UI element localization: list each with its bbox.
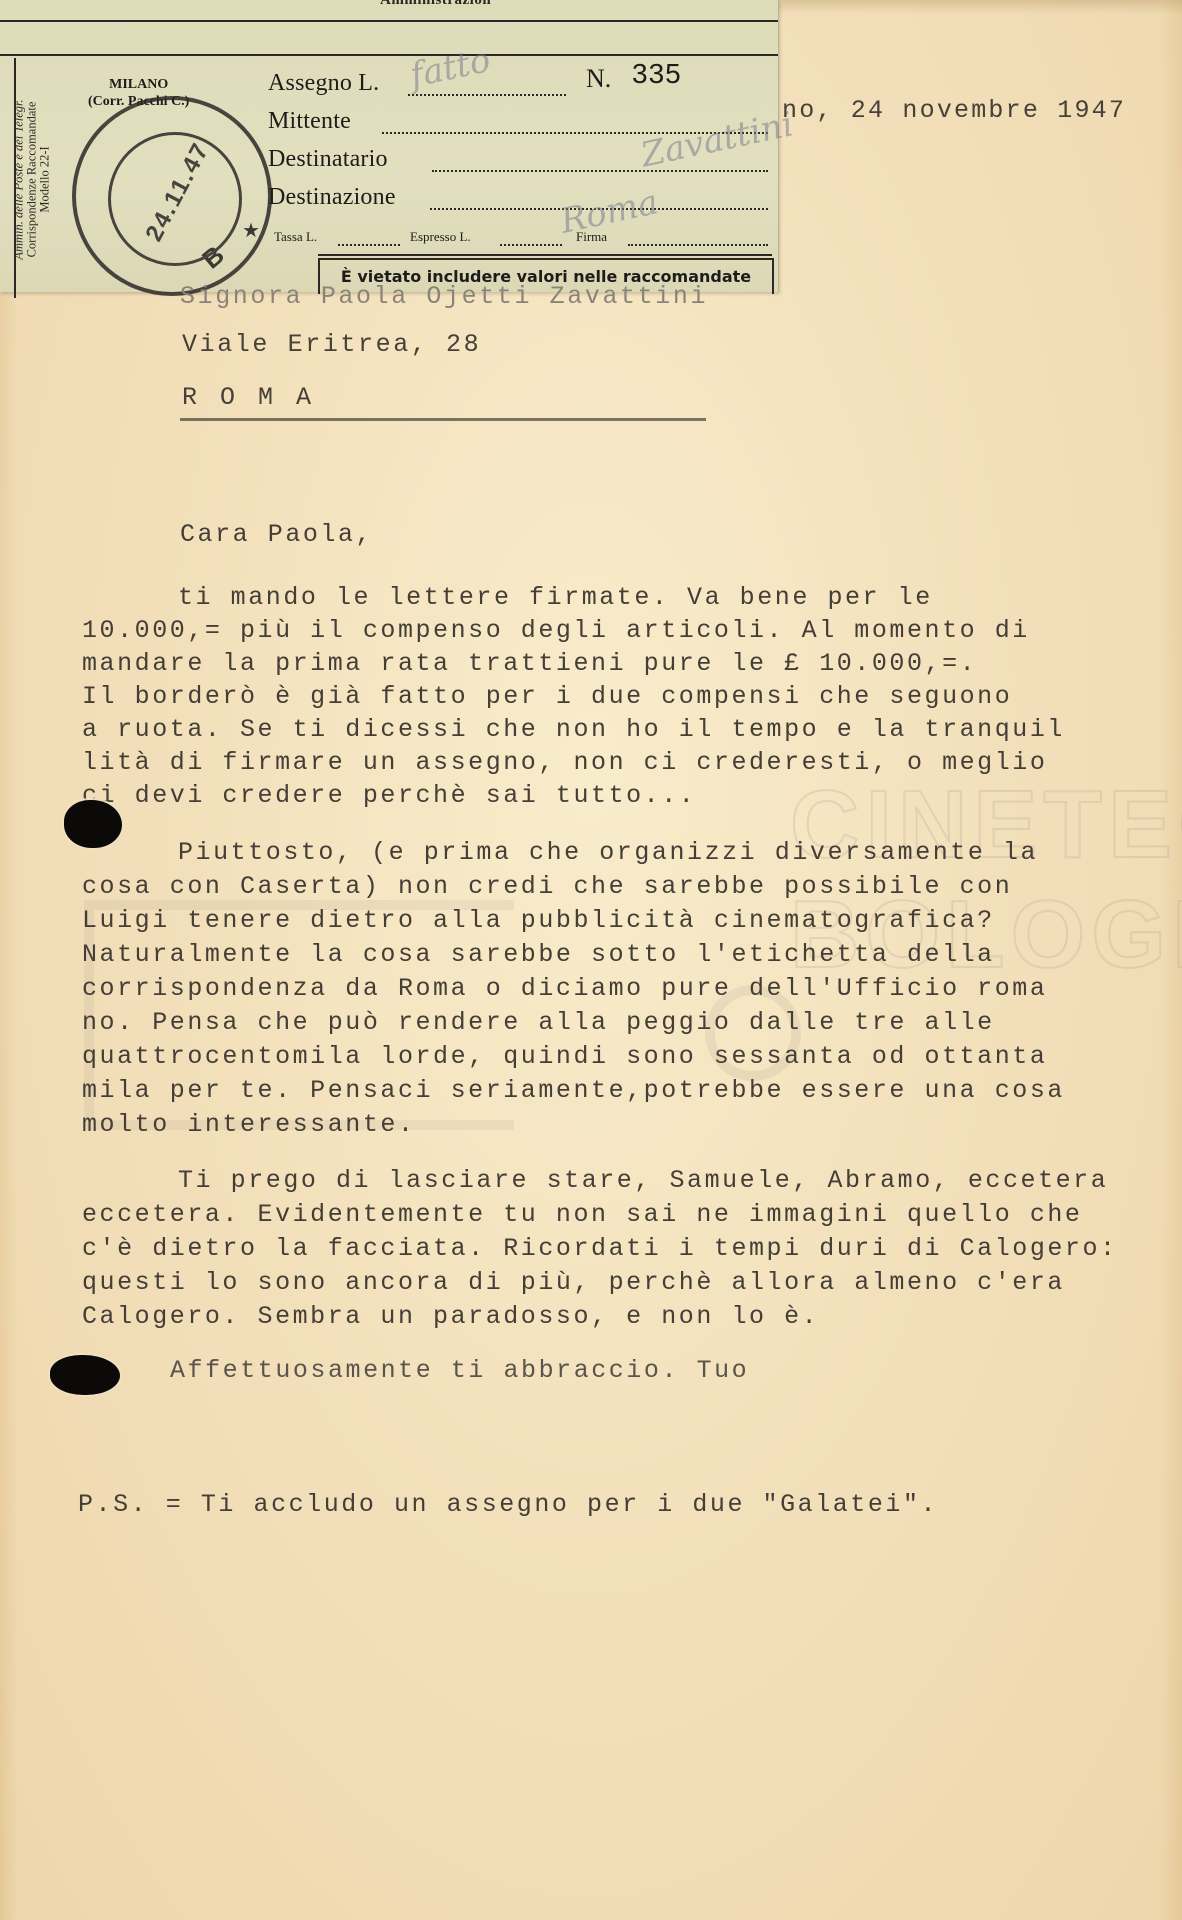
postal-registration-label: Amministrazion Ammin. delle Poste e dei … <box>0 0 779 292</box>
text-line: ti mando le lettere firmate. Va bene per… <box>178 583 933 612</box>
postmark-stamp-icon: 24.11.47 B ★ <box>72 96 272 296</box>
field-destinatario: Destinatario <box>268 146 388 173</box>
star-icon: ★ <box>242 218 260 243</box>
text-line: quattrocentomila lorde, quindi sono sess… <box>82 1042 1047 1071</box>
text-line: a ruota. Se ti dicessi che non ho il tem… <box>82 715 1065 744</box>
text-line: corrispondenza da Roma o diciamo pure de… <box>82 974 1047 1003</box>
field-espresso-line <box>500 244 562 246</box>
pencil-note: fatto <box>407 40 494 96</box>
text-line: Il borderò è già fatto per i due compens… <box>82 682 1012 711</box>
addressee-name: Signora Paola Ojetti Zavattini <box>180 282 708 311</box>
text-line: cosa con Caserta) non credi che sarebbe … <box>82 872 1012 901</box>
text-line: lità di firmare un assegno, non ci crede… <box>82 748 1047 777</box>
field-mittente: Mittente <box>268 108 351 135</box>
text-line: questi lo sono ancora di più, perchè all… <box>82 1268 1065 1297</box>
field-destinatario-line <box>432 170 768 172</box>
text-line: mandare la prima rata trattieni pure le … <box>82 649 977 678</box>
text-line: molto interessante. <box>82 1110 416 1139</box>
registration-number: 335 <box>632 58 682 90</box>
text-line: 10.000,= più il compenso degli articoli.… <box>82 616 1030 645</box>
punch-hole <box>64 800 122 848</box>
addressee-city: R O M A <box>182 383 315 412</box>
field-tassa: Tassa L. <box>274 229 317 245</box>
postmark-date: 24.11.47 <box>140 138 215 247</box>
postmark-letter: B <box>196 240 230 276</box>
addressee-underline <box>180 418 706 421</box>
text-line: ci devi credere perchè sai tutto... <box>82 781 696 810</box>
text-line: eccetera. Evidentemente tu non sai ne im… <box>82 1200 1083 1229</box>
text-line: c'è dietro la facciata. Ricordati i temp… <box>82 1234 1118 1263</box>
pencil-note: Zavattini <box>638 104 797 175</box>
postscript: P.S. = Ti accludo un assegno per i due "… <box>78 1490 938 1519</box>
field-assegno-line <box>408 94 566 96</box>
number-label: N. <box>586 64 611 94</box>
text-line: Naturalmente la cosa sarebbe sotto l'eti… <box>82 940 995 969</box>
text-line: Calogero. Sembra un paradosso, e non lo … <box>82 1302 819 1331</box>
pencil-note: Roma <box>557 182 662 242</box>
closing: Affettuosamente ti abbraccio. Tuo <box>170 1356 749 1385</box>
label-rule <box>0 54 778 56</box>
salutation: Cara Paola, <box>180 520 373 549</box>
punch-hole <box>50 1355 120 1395</box>
addressee-street: Viale Eritrea, 28 <box>182 330 481 359</box>
label-top-text: Amministrazion <box>380 0 491 9</box>
label-rule <box>0 20 778 22</box>
label-side-text: Ammin. delle Poste e dei Telegr. Corrisp… <box>13 60 52 300</box>
text-line: Luigi tenere dietro alla pubblicità cine… <box>82 906 995 935</box>
field-espresso: Espresso L. <box>410 229 471 245</box>
field-assegno: Assegno L. <box>268 70 379 97</box>
label-rule <box>318 254 772 256</box>
text-line: no. Pensa che può rendere alla peggio da… <box>82 1008 995 1037</box>
field-firma-line <box>628 244 768 246</box>
field-tassa-line <box>338 244 400 246</box>
letter-date: no, 24 novembre 1947 <box>782 96 1126 125</box>
field-destinazione: Destinazione <box>268 184 396 211</box>
text-line: Ti prego di lasciare stare, Samuele, Abr… <box>178 1166 1108 1195</box>
text-line: mila per te. Pensaci seriamente,potrebbe… <box>82 1076 1065 1105</box>
text-line: Piuttosto, (e prima che organizzi divers… <box>178 838 1038 867</box>
